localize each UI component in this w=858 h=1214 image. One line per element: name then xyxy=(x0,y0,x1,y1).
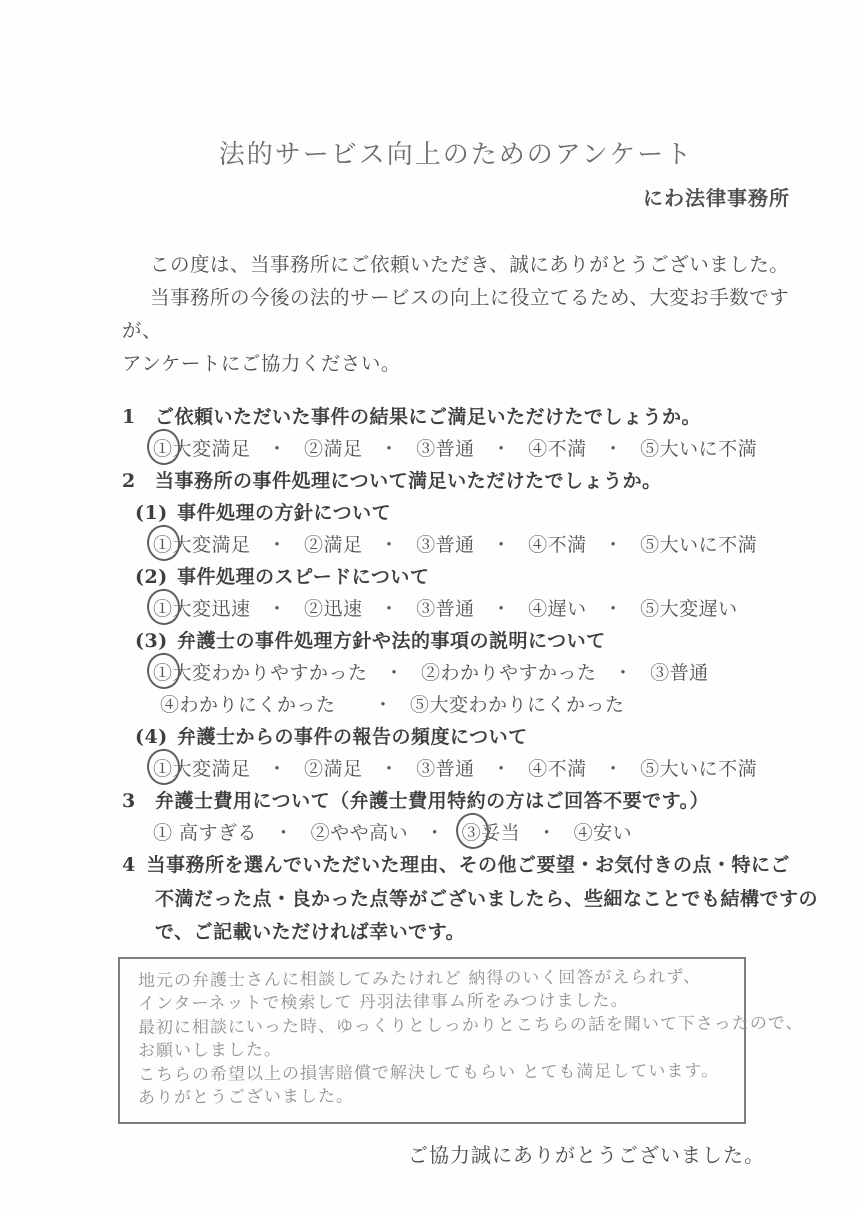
option-separator: ・ xyxy=(385,657,405,689)
question-2-1-text: 事件処理の方針について xyxy=(177,502,391,524)
option: ④不満 xyxy=(528,433,587,465)
question-2-2-heading: (2)事件処理のスピードについて xyxy=(135,561,790,593)
question-4-number: 4 xyxy=(122,849,146,883)
option: ②やや高い xyxy=(311,817,409,849)
selected-option: ①大変迅速 xyxy=(153,593,251,625)
option-separator: ・ xyxy=(268,433,288,465)
option: ②満足 xyxy=(304,753,363,785)
option-separator: ・ xyxy=(380,529,400,561)
option: ③普通 xyxy=(650,657,709,689)
option: ③普通 xyxy=(416,593,475,625)
question-2-4-options: ①大変満足・②満足・③普通・④不満・⑤大いに不満 xyxy=(153,753,790,785)
question-2-3-options-line2: ④わかりにくかった・⑤大変わかりにくかった xyxy=(160,689,790,721)
option: ②わかりやすかった xyxy=(421,657,597,689)
option: ⑤大変遅い xyxy=(640,593,738,625)
question-2-3-number: (3) xyxy=(135,625,177,657)
question-2-4-heading: (4)弁護士からの事件の報告の頻度について xyxy=(135,721,790,753)
question-3-text: 弁護士費用について（弁護士費用特約の方はご回答不要です。） xyxy=(155,790,709,812)
selected-option: ③妥当 xyxy=(462,817,521,849)
option-separator: ・ xyxy=(537,817,557,849)
question-4-text-line: 不満だった点・良かった点等がございましたら、些細なことでも結構ですの xyxy=(122,883,790,917)
option: ④わかりにくかった xyxy=(160,689,336,721)
question-1-text: ご依頼いただいた事件の結果にご満足いただけたでしょうか。 xyxy=(155,406,701,428)
question-2-1-number: (1) xyxy=(135,497,177,529)
question-3-options: ① 高すぎる・②やや高い・③妥当・④安い xyxy=(153,817,790,849)
option-separator: ・ xyxy=(380,753,400,785)
selected-option: ①大変満足 xyxy=(153,529,251,561)
option: ④遅い xyxy=(528,593,587,625)
selected-option: ①大変満足 xyxy=(153,433,251,465)
question-2-3-heading: (3)弁護士の事件処理方針や法的事項の説明について xyxy=(135,625,790,657)
option-separator: ・ xyxy=(268,753,288,785)
option: ③普通 xyxy=(416,433,475,465)
option-separator: ・ xyxy=(614,657,634,689)
option-separator: ・ xyxy=(492,753,512,785)
option: ① 高すぎる xyxy=(153,817,257,849)
selected-option: ①大変満足 xyxy=(153,753,251,785)
option-separator: ・ xyxy=(492,529,512,561)
option-separator: ・ xyxy=(604,593,624,625)
option: ⑤大いに不満 xyxy=(640,433,757,465)
question-1-options: ①大変満足・②満足・③普通・④不満・⑤大いに不満 xyxy=(153,433,790,465)
free-response-box: 地元の弁護士さんに相談してみたけれど 納得のいく回答がえられず、 インターネット… xyxy=(118,957,746,1124)
option: ③普通 xyxy=(416,753,475,785)
intro-paragraph: この度は、当事務所にご依頼いただき、誠にありがとうございました。 当事務所の今後… xyxy=(122,248,790,380)
question-2-3-text: 弁護士の事件処理方針や法的事項の説明について xyxy=(177,630,606,652)
question-4-text-line: 当事務所を選んでいただいた理由、その他ご要望・お気付きの点・特にご xyxy=(146,849,790,883)
option: ⑤大変わかりにくかった xyxy=(410,689,625,721)
question-2-1-options: ①大変満足・②満足・③普通・④不満・⑤大いに不満 xyxy=(153,529,790,561)
question-2-1-heading: (1)事件処理の方針について xyxy=(135,497,790,529)
handwritten-line: インターネットで検索して 丹羽法律事ム所をみつけました。 xyxy=(138,989,730,1017)
option-separator: ・ xyxy=(268,593,288,625)
handwritten-line: お願いしました。 xyxy=(138,1036,730,1064)
question-2-number: 2 xyxy=(122,465,155,497)
question-4-text-line: で、ご記載いただければ幸いです。 xyxy=(122,916,790,950)
question-3-number: 3 xyxy=(122,785,155,817)
question-4-heading: 4当事務所を選んでいただいた理由、その他ご要望・お気付きの点・特にご 不満だった… xyxy=(122,849,790,950)
intro-line: この度は、当事務所にご依頼いただき、誠にありがとうございました。 xyxy=(122,248,790,281)
office-name: にわ法律事務所 xyxy=(122,184,790,212)
option: ②満足 xyxy=(304,433,363,465)
question-2-text: 当事務所の事件処理について満足いただけたでしょうか。 xyxy=(155,470,662,492)
option-separator: ・ xyxy=(380,433,400,465)
option: ④安い xyxy=(574,817,633,849)
selected-option: ①大変わかりやすかった xyxy=(153,657,368,689)
question-2-2-options: ①大変迅速・②迅速・③普通・④遅い・⑤大変遅い xyxy=(153,593,790,625)
option: ②迅速 xyxy=(304,593,363,625)
questions-section: 1ご依頼いただいた事件の結果にご満足いただけたでしょうか。 ①大変満足・②満足・… xyxy=(122,401,790,950)
option-separator: ・ xyxy=(492,433,512,465)
intro-line: 当事務所の今後の法的サービスの向上に役立てるため、大変お手数ですが、 xyxy=(122,281,790,347)
question-2-2-text: 事件処理のスピードについて xyxy=(177,566,429,588)
option-separator: ・ xyxy=(380,593,400,625)
intro-line: アンケートにご協力ください。 xyxy=(122,347,790,380)
option-separator: ・ xyxy=(274,817,294,849)
question-2-4-text: 弁護士からの事件の報告の頻度について xyxy=(177,726,528,748)
page-title: 法的サービス向上のためのアンケート xyxy=(122,136,790,174)
option-separator: ・ xyxy=(604,529,624,561)
question-1-heading: 1ご依頼いただいた事件の結果にご満足いただけたでしょうか。 xyxy=(122,401,790,433)
option: ④不満 xyxy=(528,753,587,785)
question-2-heading: 2当事務所の事件処理について満足いただけたでしょうか。 xyxy=(122,465,790,497)
option: ④不満 xyxy=(528,529,587,561)
question-2-4-number: (4) xyxy=(135,721,177,753)
option-separator: ・ xyxy=(604,753,624,785)
option-separator: ・ xyxy=(604,433,624,465)
option-separator: ・ xyxy=(374,689,394,721)
handwritten-line: ありがとうございました。 xyxy=(138,1083,730,1111)
question-2-2-number: (2) xyxy=(135,561,177,593)
closing-note: ご協力誠にありがとうございました。 xyxy=(122,1139,790,1168)
question-2-3-options-line1: ①大変わかりやすかった・②わかりやすかった・③普通 xyxy=(153,657,790,689)
option-separator: ・ xyxy=(268,529,288,561)
question-3-heading: 3弁護士費用について（弁護士費用特約の方はご回答不要です。） xyxy=(122,785,790,817)
option: ②満足 xyxy=(304,529,363,561)
option-separator: ・ xyxy=(492,593,512,625)
option: ③普通 xyxy=(416,529,475,561)
option: ⑤大いに不満 xyxy=(640,529,757,561)
option-separator: ・ xyxy=(425,817,445,849)
questionnaire-page: 法的サービス向上のためのアンケート にわ法律事務所 この度は、当事務所にご依頼い… xyxy=(0,0,858,1214)
option: ⑤大いに不満 xyxy=(640,753,757,785)
question-1-number: 1 xyxy=(122,401,155,433)
